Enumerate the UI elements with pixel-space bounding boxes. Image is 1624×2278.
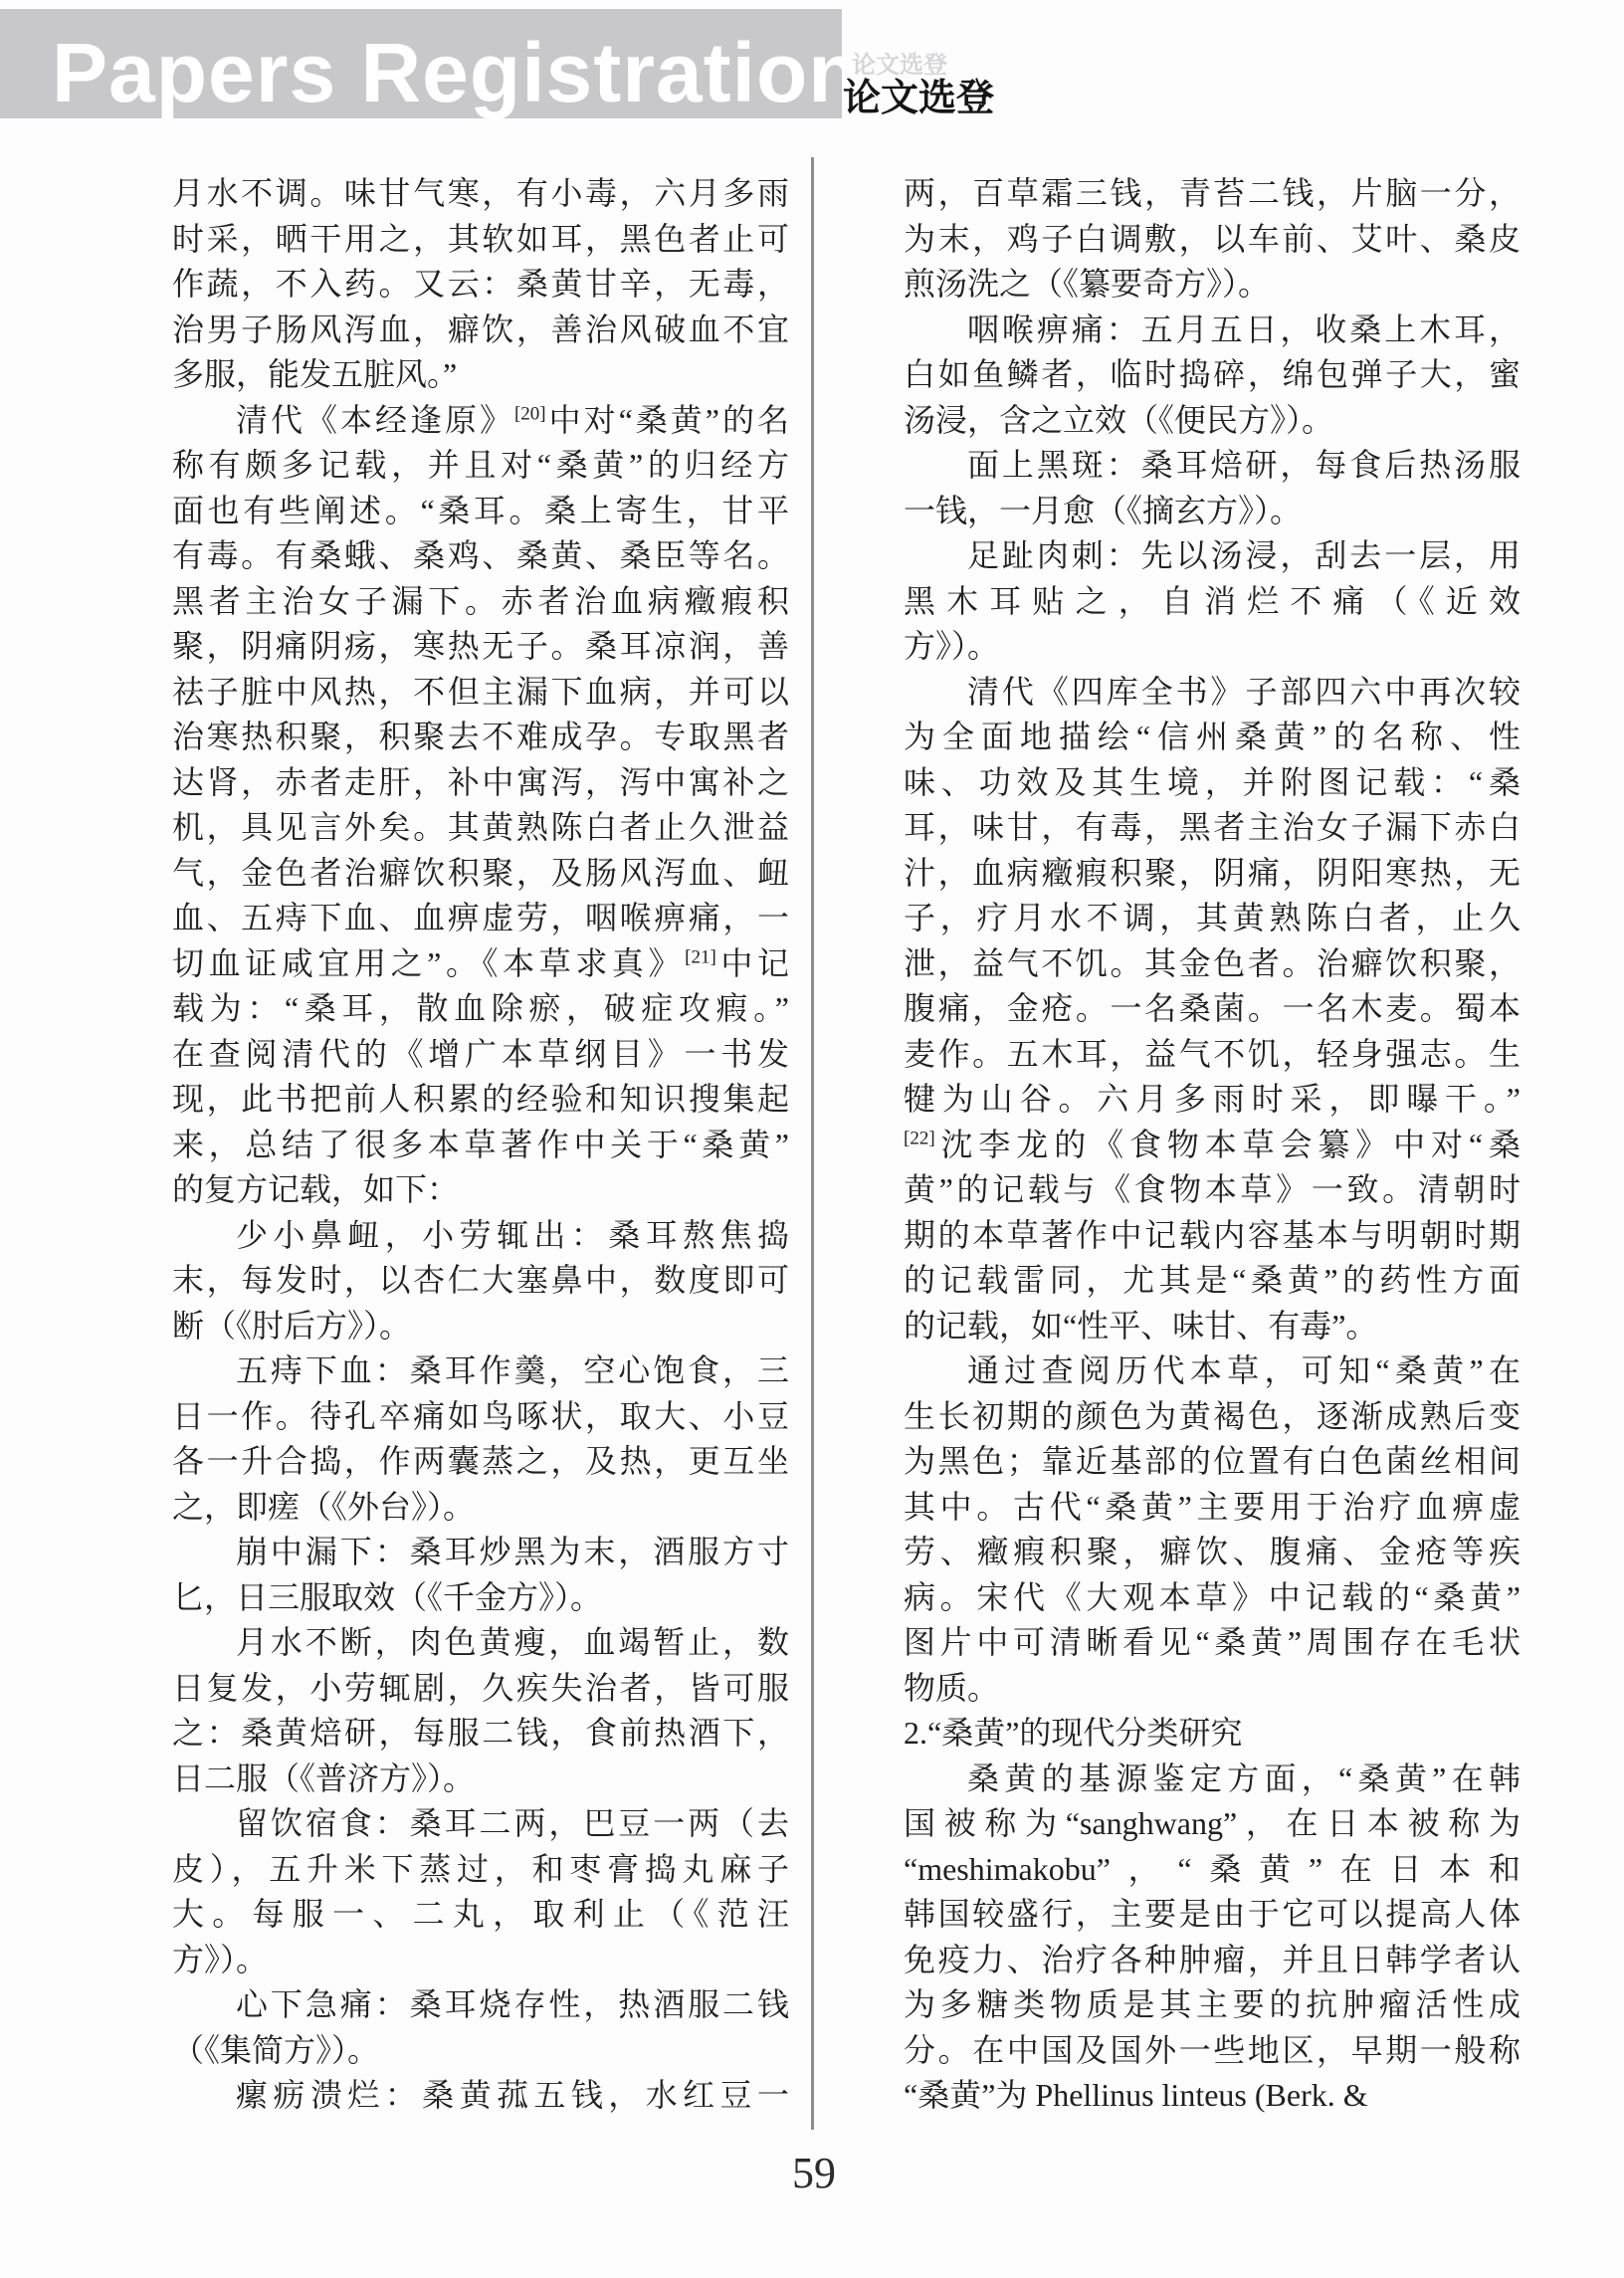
text-line: 一钱，一月愈（《摘玄方》）。 (904, 489, 1521, 534)
text-line: 清代《本经逢原》[20]中对“桑黄”的名 (172, 398, 789, 444)
text-line: 作蔬，不入药。又云：桑黄甘辛，无毒， (172, 262, 789, 308)
text-line: 各一升合捣，作两囊蒸之，及热，更互坐 (172, 1439, 789, 1485)
text-line: 方》）。 (904, 624, 1521, 670)
text-line: 期的本草著作中记载内容基本与明朝时期 (904, 1213, 1521, 1259)
text-line: 韩国较盛行，主要是由于它可以提高人体 (904, 1892, 1521, 1938)
text-line: 月水不断，肉色黄瘦，血竭暂止，数 (172, 1620, 789, 1666)
text-line: 煎汤洗之（《纂要奇方》）。 (904, 262, 1521, 308)
text-line: 病。宋代《大观本草》中记载的“桑黄” (904, 1575, 1521, 1621)
text-line: 劳、癥瘕积聚，癖饮、腹痛、金疮等疾 (904, 1530, 1521, 1575)
text-line: 物质。 (904, 1666, 1521, 1712)
text-line: 清代《四库全书》子部四六中再次较 (904, 670, 1521, 716)
text-line: 切血证咸宜用之”。《本草求真》[21]中记 (172, 941, 789, 987)
text-line: （《集简方》）。 (172, 2028, 789, 2074)
banner-title: Papers Registration (52, 31, 861, 114)
text-line: 气，金色者治癖饮积聚，及肠风泻血、衄 (172, 851, 789, 897)
text-line: 五痔下血：桑耳作羹，空心饱食，三 (172, 1348, 789, 1394)
text-line: 耳，味甘，有毒，黑者主治女子漏下赤白 (904, 805, 1521, 851)
text-line: 麦作。五木耳，益气不饥，轻身强志。生 (904, 1032, 1521, 1078)
text-line: 为全面地描绘“信州桑黄”的名称、性 (904, 715, 1521, 760)
text-line: 方》）。 (172, 1938, 789, 1983)
banner-subtitle-echo: 论文选登 (852, 54, 947, 78)
text-line: 机，具见言外矣。其黄熟陈白者止久泄益 (172, 805, 789, 851)
text-line: 的记载，如“性平、味甘、有毒”。 (904, 1304, 1521, 1349)
citation-reference: [22] (904, 1128, 935, 1148)
text-line: 多服，能发五脏风。” (172, 352, 789, 398)
text-line: 足趾肉刺：先以汤浸，刮去一层，用 (904, 533, 1521, 579)
text-line: 现，此书把前人积累的经验和知识搜集起 (172, 1077, 789, 1123)
text-line: [22]沈李龙的《食物本草会纂》中对“桑 (904, 1123, 1521, 1168)
text-line: 大。每服一、二丸，取利止（《范汪 (172, 1892, 789, 1938)
text-line: 为黑色；靠近基部的位置有白色菌丝相间 (904, 1439, 1521, 1485)
text-line: 的记载雷同，尤其是“桑黄”的药性方面 (904, 1258, 1521, 1304)
text-line: 血、五痔下血、血痹虚劳，咽喉痹痛，一 (172, 896, 789, 941)
text-line: 达肾，赤者走肝，补中寓泻，泻中寓补之 (172, 760, 789, 806)
text-line: 在查阅清代的《增广本草纲目》一书发 (172, 1032, 789, 1078)
text-line: 面上黑斑：桑耳焙研，每食后热汤服 (904, 443, 1521, 489)
text-line: 国被称为“sanghwang”，在日本被称为 (904, 1801, 1521, 1847)
right-text-column: 两，百草霜三钱，青苔二钱，片脑一分，为末，鸡子白调敷，以车前、艾叶、桑皮煎汤洗之… (904, 171, 1521, 2119)
text-line: 两，百草霜三钱，青苔二钱，片脑一分， (904, 171, 1521, 217)
text-line: 黑木耳贴之，自消烂不痛（《近效 (904, 579, 1521, 625)
text-line: 瘰疬溃烂：桑黄菰五钱，水红豆一 (172, 2073, 789, 2119)
text-line: 白如鱼鳞者，临时捣碎，绵包弹子大，蜜 (904, 352, 1521, 398)
text-line: “meshimakobu”，“桑黄”在日本和 (904, 1847, 1521, 1893)
text-line: 称有颇多记载，并且对“桑黄”的归经方 (172, 443, 789, 489)
text-line: 通过查阅历代本草，可知“桑黄”在 (904, 1348, 1521, 1394)
text-line: 治寒热积聚，积聚去不难成孕。专取黑者 (172, 715, 789, 760)
text-line: 分。在中国及国外一些地区，早期一般称 (904, 2028, 1521, 2074)
page-number: 59 (779, 2148, 849, 2198)
citation-reference: [21] (685, 946, 716, 967)
text-line: 桑黄的基源鉴定方面，“桑黄”在韩 (904, 1757, 1521, 1802)
banner-subtitle: 论文选登 (843, 80, 994, 117)
text-line: “桑黄”为 Phellinus linteus (Berk. & (904, 2073, 1521, 2119)
text-line: 聚，阴痛阴疡，寒热无子。桑耳凉润，善 (172, 624, 789, 670)
text-line: 祛子脏中风热，不但主漏下血病，并可以 (172, 670, 789, 716)
scanned-paper-page: Papers Registration 论文选登 论文选登 月水不调。味甘气寒，… (0, 0, 1624, 2278)
text-line: 治男子肠风泻血，癖饮，善治风破血不宜 (172, 308, 789, 353)
text-line: 有毒。有桑蛾、桑鸡、桑黄、桑臣等名。 (172, 533, 789, 579)
text-line: 之：桑黄焙研，每服二钱，食前热酒下， (172, 1711, 789, 1757)
header-banner: Papers Registration (0, 9, 842, 118)
text-line: 时采，晒干用之，其软如耳，黑色者止可 (172, 217, 789, 263)
text-line: 腹痛，金疮。一名桑菌。一名木麦。蜀本 (904, 986, 1521, 1032)
text-line: 月水不调。味甘气寒，有小毒，六月多雨 (172, 171, 789, 217)
text-line: 匕，日三服取效（《千金方》）。 (172, 1575, 789, 1621)
text-line: 为末，鸡子白调敷，以车前、艾叶、桑皮 (904, 217, 1521, 263)
text-line: 犍为山谷。六月多雨时采，即曝干。” (904, 1077, 1521, 1123)
text-line: 为多糖类物质是其主要的抗肿瘤活性成 (904, 1982, 1521, 2028)
column-divider (811, 157, 814, 2130)
text-line: 2.“桑黄”的现代分类研究 (904, 1711, 1521, 1757)
text-line: 黑者主治女子漏下。赤者治血病癥瘕积 (172, 579, 789, 625)
text-line: 子，疗月水不调，其黄熟陈白者，止久 (904, 896, 1521, 941)
text-line: 心下急痛：桑耳烧存性，热酒服二钱 (172, 1982, 789, 2028)
citation-reference: [20] (514, 403, 546, 424)
left-text-column: 月水不调。味甘气寒，有小毒，六月多雨时采，晒干用之，其软如耳，黑色者止可作蔬，不… (172, 171, 789, 2119)
text-line: 生长初期的颜色为黄褐色，逐渐成熟后变 (904, 1394, 1521, 1440)
text-line: 日复发，小劳辄剧，久疾失治者，皆可服 (172, 1666, 789, 1712)
text-line: 汁，血病癥瘕积聚，阴痛，阴阳寒热，无 (904, 851, 1521, 897)
text-line: 免疫力、治疗各种肿瘤，并且日韩学者认 (904, 1938, 1521, 1983)
text-line: 味、功效及其生境，并附图记载：“桑 (904, 760, 1521, 806)
text-line: 面也有些阐述。“桑耳。桑上寄生，甘平 (172, 489, 789, 534)
text-line: 咽喉痹痛：五月五日，收桑上木耳， (904, 308, 1521, 353)
text-line: 的复方记载，如下： (172, 1167, 789, 1213)
text-line: 日二服（《普济方》）。 (172, 1757, 789, 1802)
text-line: 来，总结了很多本草著作中关于“桑黄” (172, 1123, 789, 1168)
text-line: 留饮宿食：桑耳二两，巴豆一两（去 (172, 1801, 789, 1847)
text-line: 黄”的记载与《食物本草》一致。清朝时 (904, 1167, 1521, 1213)
text-line: 皮），五升米下蒸过，和枣膏捣丸麻子 (172, 1847, 789, 1893)
text-line: 图片中可清晰看见“桑黄”周围存在毛状 (904, 1620, 1521, 1666)
text-line: 日一作。待孔卒痛如鸟啄状，取大、小豆 (172, 1394, 789, 1440)
text-line: 崩中漏下：桑耳炒黑为末，酒服方寸 (172, 1530, 789, 1575)
text-line: 断（《肘后方》）。 (172, 1304, 789, 1349)
text-line: 汤浸，含之立效（《便民方》）。 (904, 398, 1521, 444)
text-line: 末，每发时，以杏仁大塞鼻中，数度即可 (172, 1258, 789, 1304)
text-line: 少小鼻衄，小劳辄出：桑耳熬焦捣 (172, 1213, 789, 1259)
text-line: 之，即瘥（《外台》）。 (172, 1485, 789, 1531)
text-line: 载为：“桑耳，散血除瘀，破症攻瘕。” (172, 986, 789, 1032)
text-line: 其中。古代“桑黄”主要用于治疗血痹虚 (904, 1485, 1521, 1531)
text-line: 泄，益气不饥。其金色者。治癖饮积聚， (904, 941, 1521, 987)
